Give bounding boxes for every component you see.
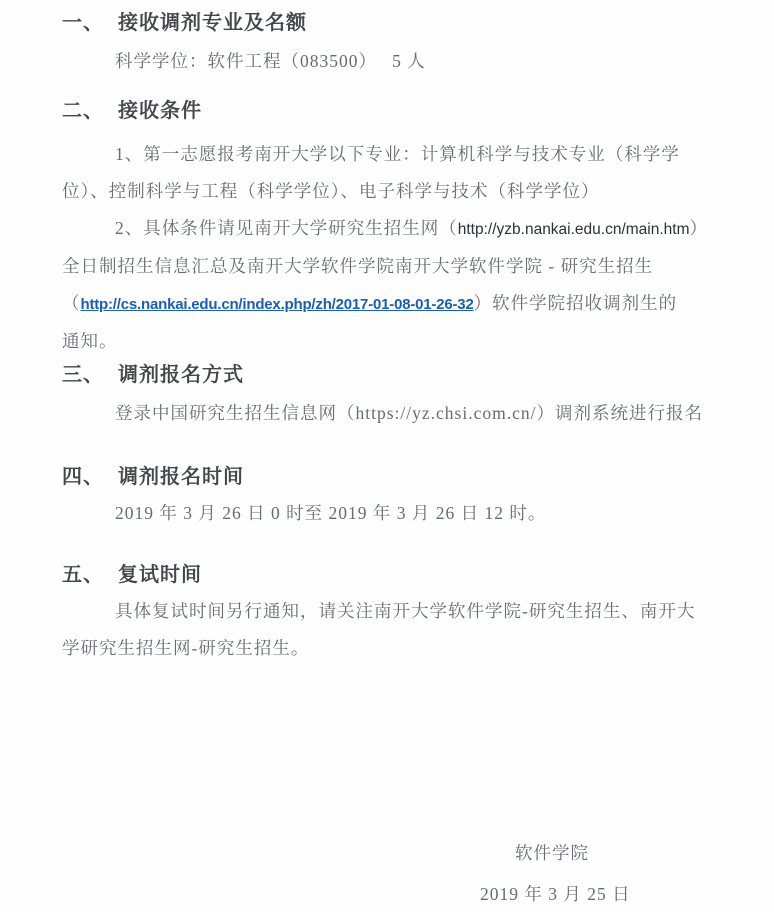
paragraph-line: 学研究生招生网-研究生招生。: [62, 630, 734, 667]
text-run: 具体复试时间另行通知，请关注南开大学软件学院-研究生招生、南开大: [115, 601, 695, 621]
paragraph-line: 通知。: [62, 323, 734, 360]
text-run: 学研究生招生网-研究生招生。: [62, 638, 309, 658]
text-run: 登录中国研究生招生信息网（https://yz.chsi.com.cn/）调剂系…: [115, 403, 703, 423]
section-body: 具体复试时间另行通知，请关注南开大学软件学院-研究生招生、南开大学研究生招生网-…: [62, 593, 734, 667]
paragraph-line: 1、第一志愿报考南开大学以下专业：计算机科学与技术专业（科学学: [62, 136, 734, 173]
text-run: ）: [690, 218, 709, 238]
signature-date: 2019 年 3 月 25 日: [62, 876, 734, 912]
section: 一、接收调剂专业及名额科学学位：软件工程（083500） 5 人: [62, 9, 734, 80]
section-number: 四、: [62, 463, 118, 491]
text-run: 通知。: [62, 331, 118, 351]
url-text: http://yzb.nankai.edu.cn/main.htm: [458, 221, 690, 238]
section-title: 接收调剂专业及名额: [118, 12, 307, 34]
paragraph-line: 科学学位：软件工程（083500） 5 人: [62, 43, 734, 80]
paragraph-line: 2、具体条件请见南开大学研究生招生网（http://yzb.nankai.edu…: [62, 210, 734, 248]
section-heading: 五、复试时间: [62, 561, 734, 589]
section-number: 五、: [62, 561, 118, 589]
text-run: ）软件学院招收调剂生的: [474, 293, 678, 313]
paragraph-line: 登录中国研究生招生信息网（https://yz.chsi.com.cn/）调剂系…: [62, 395, 734, 432]
section-number: 二、: [62, 97, 118, 125]
section-title: 复试时间: [118, 564, 202, 586]
hyperlink[interactable]: http://cs.nankai.edu.cn/index.php/zh/201…: [81, 296, 474, 313]
text-run: 科学学位：软件工程（083500） 5 人: [115, 51, 426, 71]
section-body: 2019 年 3 月 26 日 0 时至 2019 年 3 月 26 日 12 …: [62, 495, 734, 532]
paragraph-line: 位）、控制科学与工程（科学学位）、电子科学与技术（科学学位）: [62, 173, 734, 210]
text-run: 全日制招生信息汇总及南开大学软件学院南开大学软件学院 - 研究生招生: [62, 256, 653, 276]
paragraph-line: 全日制招生信息汇总及南开大学软件学院南开大学软件学院 - 研究生招生: [62, 248, 734, 285]
signature-org: 软件学院: [62, 835, 734, 872]
document-page: 一、接收调剂专业及名额科学学位：软件工程（083500） 5 人二、接收条件1、…: [0, 0, 774, 912]
text-run: 2019 年 3 月 26 日 0 时至 2019 年 3 月 26 日 12 …: [115, 503, 546, 523]
paragraph-line: 具体复试时间另行通知，请关注南开大学软件学院-研究生招生、南开大: [62, 593, 734, 630]
sections-container: 一、接收调剂专业及名额科学学位：软件工程（083500） 5 人二、接收条件1、…: [62, 9, 734, 667]
text-run: （: [62, 293, 81, 313]
section: 三、调剂报名方式登录中国研究生招生信息网（https://yz.chsi.com…: [62, 361, 734, 432]
paragraph-line: 2019 年 3 月 26 日 0 时至 2019 年 3 月 26 日 12 …: [62, 495, 734, 532]
text-run: 位）、控制科学与工程（科学学位）、电子科学与技术（科学学位）: [62, 181, 600, 201]
section-title: 接收条件: [118, 100, 202, 122]
section-body: 科学学位：软件工程（083500） 5 人: [62, 43, 734, 80]
section-heading: 三、调剂报名方式: [62, 361, 734, 389]
section: 五、复试时间具体复试时间另行通知，请关注南开大学软件学院-研究生招生、南开大学研…: [62, 561, 734, 667]
section-number: 三、: [62, 361, 118, 389]
section: 四、调剂报名时间2019 年 3 月 26 日 0 时至 2019 年 3 月 …: [62, 463, 734, 532]
section-title: 调剂报名方式: [118, 364, 244, 386]
section-number: 一、: [62, 9, 118, 37]
section-title: 调剂报名时间: [118, 466, 244, 488]
section: 二、接收条件1、第一志愿报考南开大学以下专业：计算机科学与技术专业（科学学位）、…: [62, 97, 734, 360]
section-body: 登录中国研究生招生信息网（https://yz.chsi.com.cn/）调剂系…: [62, 395, 734, 432]
section-heading: 一、接收调剂专业及名额: [62, 9, 734, 37]
paragraph-line: （http://cs.nankai.edu.cn/index.php/zh/20…: [62, 285, 734, 323]
section-heading: 二、接收条件: [62, 97, 734, 125]
section-body: 1、第一志愿报考南开大学以下专业：计算机科学与技术专业（科学学位）、控制科学与工…: [62, 136, 734, 360]
text-run: 1、第一志愿报考南开大学以下专业：计算机科学与技术专业（科学学: [115, 144, 680, 164]
text-run: 2、具体条件请见南开大学研究生招生网（: [115, 218, 458, 238]
section-heading: 四、调剂报名时间: [62, 463, 734, 491]
